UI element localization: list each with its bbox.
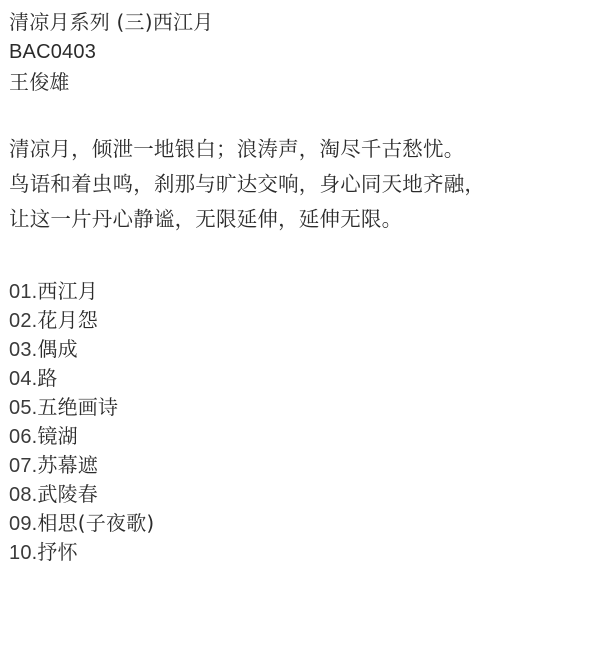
spacer — [9, 97, 594, 127]
track-title: 五绝画诗 — [37, 395, 118, 419]
track-number: 01. — [9, 281, 37, 303]
track-item: 06.镜湖 — [9, 422, 594, 451]
track-item: 03.偶成 — [9, 335, 594, 364]
artist-name: 王俊雄 — [9, 67, 594, 97]
album-header: 清凉月系列 (三)西江月 BAC0403 王俊雄 — [9, 7, 594, 97]
track-title: 西江月 — [37, 279, 98, 303]
tracklist: 01.西江月 02.花月怨 03.偶成 04.路 05.五绝画诗 06.镜湖 0… — [9, 277, 594, 567]
track-number: 03. — [9, 339, 37, 361]
album-info-document: 清凉月系列 (三)西江月 BAC0403 王俊雄 清凉月，倾泄一地银白；浪涛声，… — [9, 7, 594, 567]
track-number: 07. — [9, 455, 37, 477]
track-number: 06. — [9, 426, 37, 448]
track-title: 镜湖 — [37, 424, 77, 448]
track-item: 09.相思(子夜歌) — [9, 509, 594, 538]
album-description: 清凉月，倾泄一地银白；浪涛声，淘尽千古愁忧。 鸟语和着虫鸣，刹那与旷达交响，身心… — [9, 132, 594, 237]
track-item: 08.武陵春 — [9, 480, 594, 509]
description-line: 让这一片丹心静谧，无限延伸，延伸无限。 — [9, 202, 594, 237]
track-title: 路 — [37, 366, 57, 390]
description-line: 鸟语和着虫鸣，刹那与旷达交响，身心同天地齐融， — [9, 167, 594, 202]
track-title: 苏幕遮 — [37, 453, 98, 477]
track-title: 抒怀 — [37, 540, 77, 564]
track-item: 01.西江月 — [9, 277, 594, 306]
track-number: 08. — [9, 484, 37, 506]
track-item: 10.抒怀 — [9, 538, 594, 567]
track-title: 偶成 — [37, 337, 77, 361]
track-title: 相思(子夜歌) — [37, 511, 154, 535]
description-line: 清凉月，倾泄一地银白；浪涛声，淘尽千古愁忧。 — [9, 132, 594, 167]
track-item: 02.花月怨 — [9, 306, 594, 335]
album-title: 清凉月系列 (三)西江月 — [9, 7, 594, 37]
spacer — [9, 237, 594, 267]
track-title: 花月怨 — [37, 308, 98, 332]
track-number: 10. — [9, 542, 37, 564]
track-item: 05.五绝画诗 — [9, 393, 594, 422]
track-number: 04. — [9, 368, 37, 390]
track-number: 09. — [9, 513, 37, 535]
track-title: 武陵春 — [37, 482, 98, 506]
track-item: 07.苏幕遮 — [9, 451, 594, 480]
catalog-number: BAC0403 — [9, 37, 594, 67]
track-number: 05. — [9, 397, 37, 419]
track-number: 02. — [9, 310, 37, 332]
track-item: 04.路 — [9, 364, 594, 393]
